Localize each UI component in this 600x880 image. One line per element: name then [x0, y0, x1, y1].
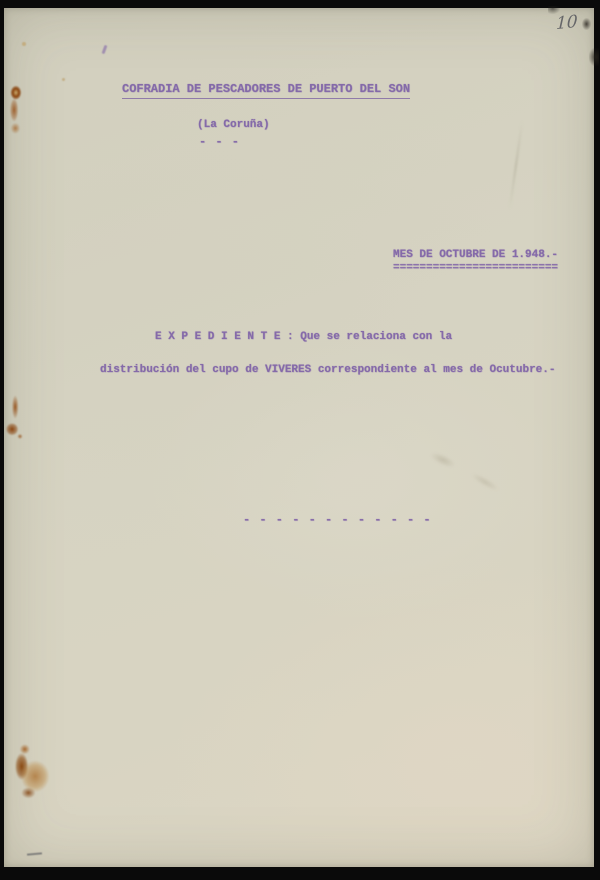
- paper-sheet: [4, 8, 594, 867]
- subtitle-dashes: - - -: [199, 135, 240, 149]
- handwritten-page-number: 10: [556, 12, 578, 34]
- document-subtitle: (La Coruña): [197, 119, 270, 131]
- scanned-document: 10 COFRADIA DE PESCADORES DE PUERTO DEL …: [0, 0, 600, 880]
- expediente-paragraph-line2: distribución del cupo de VIVERES corresp…: [100, 364, 555, 376]
- expediente-paragraph-line1: E X P E D I E N T E : Que se relaciona c…: [155, 331, 452, 343]
- document-title: COFRADIA DE PESCADORES DE PUERTO DEL SON: [122, 82, 410, 99]
- dashed-separator: - - - - - - - - - - - -: [243, 513, 432, 527]
- date-underline: =========================: [393, 262, 558, 274]
- date-heading: MES DE OCTUBRE DE 1.948.-: [393, 249, 558, 261]
